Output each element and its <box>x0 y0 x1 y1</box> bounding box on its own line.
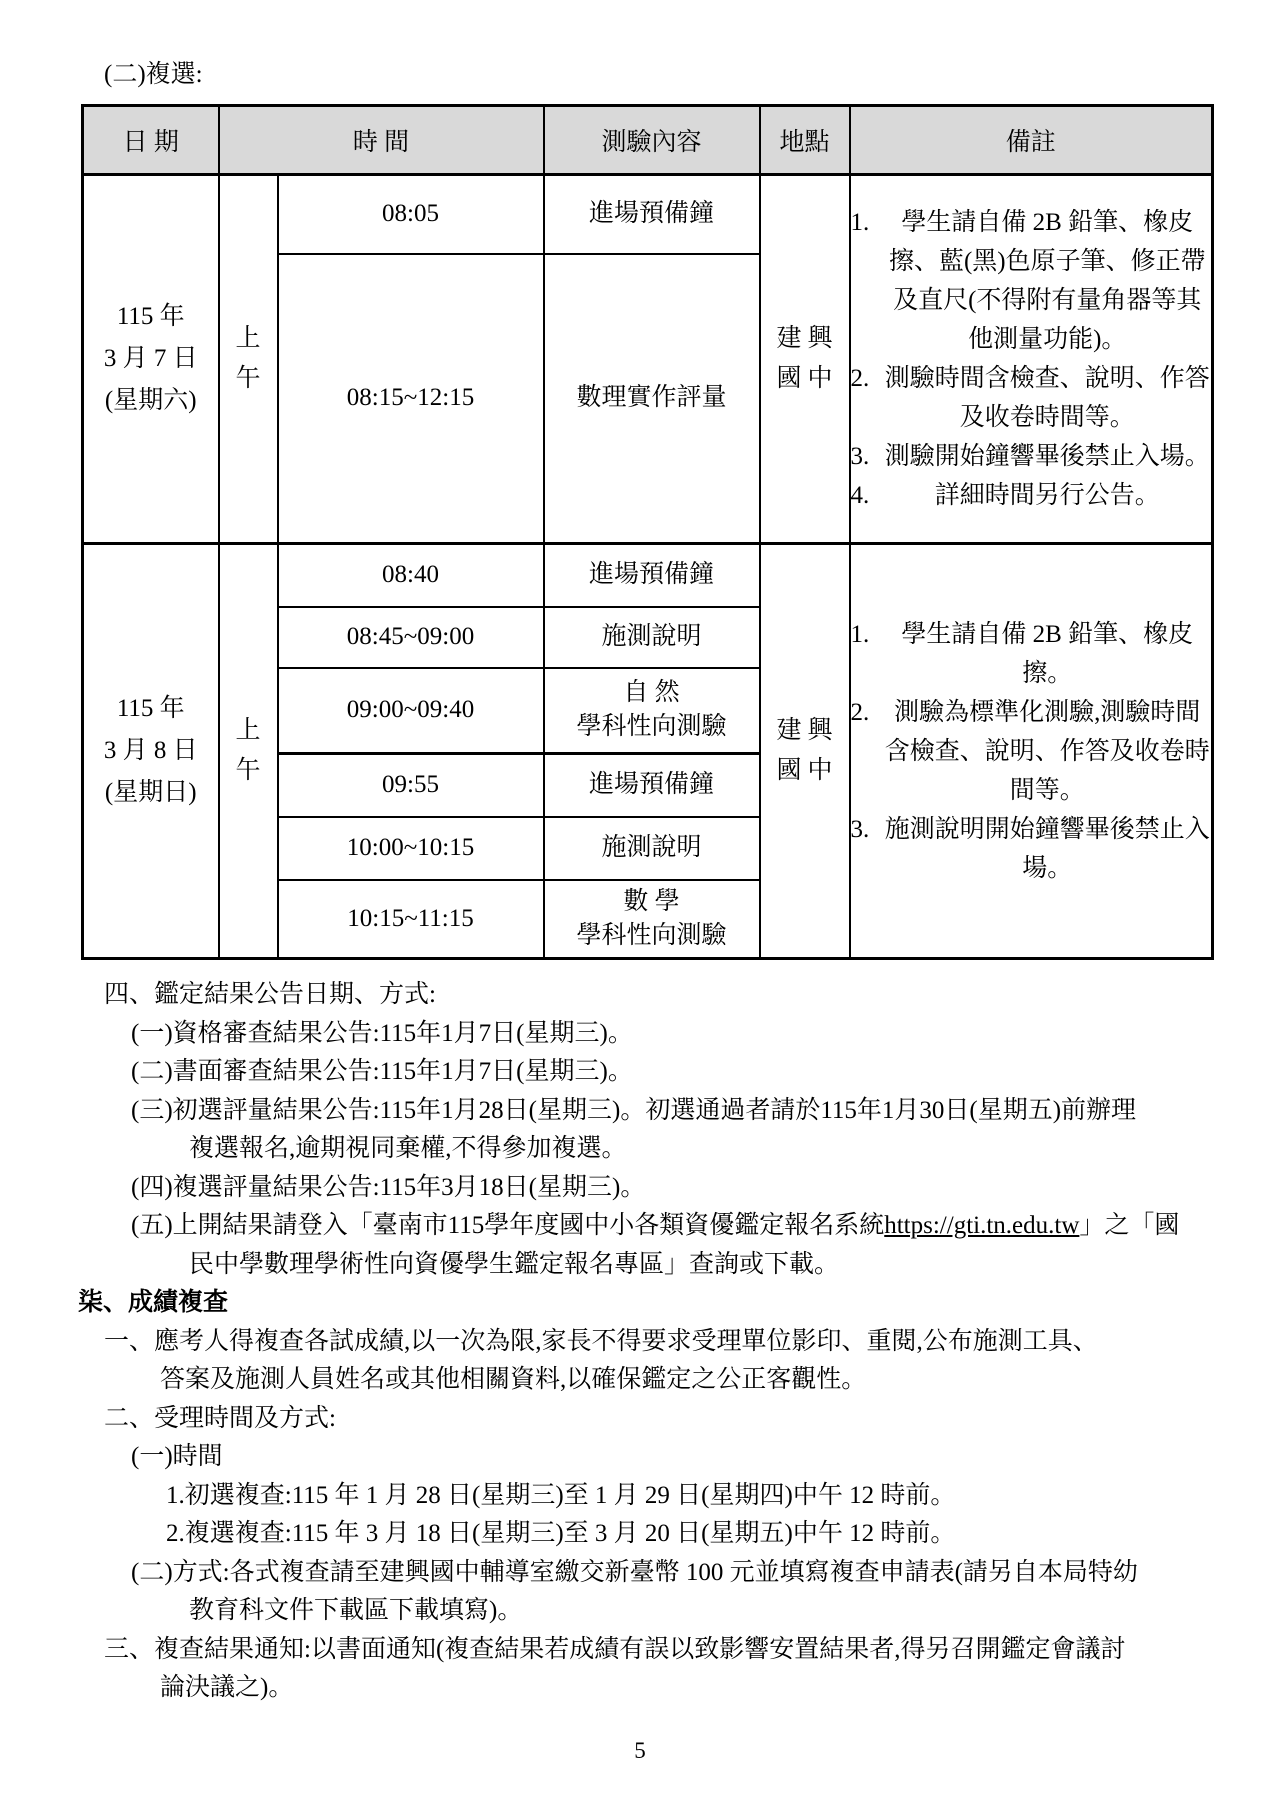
time-cell: 08:05 <box>278 175 544 254</box>
page-container: (二)複選: 日 期 時 間 測驗內容 地點 備註 115 年 3 月 7 日 … <box>0 0 1280 1764</box>
date-line: (星期日) <box>84 772 218 814</box>
period-char: 上 <box>220 711 277 751</box>
remark-text: 施測說明開始鐘響畢後禁止入場。 <box>885 816 1210 882</box>
remark-item: 3.測驗開始鐘響畢後禁止入場。 <box>851 437 1212 476</box>
url-link[interactable]: https://gti.tn.edu.tw <box>884 1212 1079 1239</box>
remark-number: 3. <box>851 437 870 476</box>
body-section-heading: 柒、成績複查 <box>0 1284 1280 1323</box>
remark-item: 2.測驗時間含檢查、說明、作答及收卷時間等。 <box>851 359 1212 437</box>
body-line: (一)時間 <box>0 1438 1280 1477</box>
remark-item: 1.學生請自備 2B 鉛筆、橡皮擦。 <box>851 615 1212 693</box>
remark-text: 測驗為標準化測驗,測驗時間含檢查、說明、作答及收卷時間等。 <box>885 699 1210 804</box>
date-line: 3 月 7 日 <box>84 338 218 380</box>
remarks-cell: 1.學生請自備 2B 鉛筆、橡皮擦、藍(黑)色原子筆、修正帶及直尺(不得附有量角… <box>850 175 1213 544</box>
body-line-text: (五)上開結果請登入「臺南市115學年度國中小各類資優鑑定報名系統 <box>131 1212 884 1239</box>
remark-text: 詳細時間另行公告。 <box>935 482 1160 509</box>
content-line: 學科性向測驗 <box>545 919 759 953</box>
table-header-row: 日 期 時 間 測驗內容 地點 備註 <box>83 106 1213 175</box>
body-line: 民中學數理學術性向資優學生鑑定報名專區」查詢或下載。 <box>0 1246 1280 1285</box>
date-line: (星期六) <box>84 380 218 422</box>
remark-text: 測驗時間含檢查、說明、作答及收卷時間等。 <box>885 365 1210 431</box>
period-cell: 上 午 <box>219 175 278 544</box>
content-cell: 自 然 學科性向測驗 <box>544 668 760 754</box>
content-line: 數理實作評量 <box>545 381 759 415</box>
remark-item: 3.施測說明開始鐘響畢後禁止入場。 <box>851 810 1212 888</box>
time-cell: 08:40 <box>278 544 544 607</box>
remark-text: 學生請自備 2B 鉛筆、橡皮擦、藍(黑)色原子筆、修正帶及直尺(不得附有量角器等… <box>889 209 1206 353</box>
header-time: 時 間 <box>219 106 544 175</box>
content-line: 數 學 <box>545 885 759 919</box>
location-line: 建興 <box>761 319 855 359</box>
content-line: 施測說明 <box>545 620 759 654</box>
remark-text: 學生請自備 2B 鉛筆、橡皮擦。 <box>901 621 1193 687</box>
time-cell: 08:15~12:15 <box>278 254 544 544</box>
date-line: 115 年 <box>84 688 218 730</box>
content-cell: 施測說明 <box>544 607 760 668</box>
content-line: 進場預備鐘 <box>545 197 759 231</box>
body-line: (二)書面審查結果公告:115年1月7日(星期三)。 <box>0 1053 1280 1092</box>
document-page: { "page": { "section_label": "(二)複選:", "… <box>0 0 1280 1810</box>
body-line: 一、應考人得複查各試成績,以一次為限,家長不得要求受理單位影印、重閱,公布施測工… <box>0 1323 1280 1362</box>
content-line: 進場預備鐘 <box>545 558 759 592</box>
content-line: 自 然 <box>545 676 759 710</box>
location-line: 國中 <box>761 359 855 399</box>
location-line: 建興 <box>761 711 855 751</box>
date-line: 3 月 8 日 <box>84 730 218 772</box>
remark-number: 1. <box>851 203 870 242</box>
header-remarks: 備註 <box>850 106 1213 175</box>
body-line-text: 」之「國 <box>1079 1212 1179 1239</box>
time-cell: 10:15~11:15 <box>278 880 544 959</box>
period-char: 午 <box>220 359 277 399</box>
body-line: 教育科文件下載區下載填寫)。 <box>0 1592 1280 1631</box>
page-number: 5 <box>0 1738 1280 1764</box>
content-line: 進場預備鐘 <box>545 768 759 802</box>
body-line: (三)初選評量結果公告:115年1月28日(星期三)。初選通過者請於115年1月… <box>0 1092 1280 1131</box>
date-line: 115 年 <box>84 296 218 338</box>
body-line: (五)上開結果請登入「臺南市115學年度國中小各類資優鑑定報名系統https:/… <box>0 1207 1280 1246</box>
body-line: 三、複查結果通知:以書面通知(複查結果若成績有誤以致影響安置結果者,得另召開鑑定… <box>0 1631 1280 1670</box>
body-line: (二)方式:各式複查請至建興國中輔導室繳交新臺幣 100 元並填寫複查申請表(請… <box>0 1554 1280 1593</box>
content-cell: 數 學 學科性向測驗 <box>544 880 760 959</box>
location-cell: 建興 國中 <box>760 544 850 959</box>
time-cell: 08:45~09:00 <box>278 607 544 668</box>
period-cell: 上 午 <box>219 544 278 959</box>
body-line: 答案及施測人員姓名或其他相關資料,以確保鑑定之公正客觀性。 <box>0 1361 1280 1400</box>
remark-item: 2.測驗為標準化測驗,測驗時間含檢查、說明、作答及收卷時間等。 <box>851 693 1212 810</box>
remark-number: 1. <box>851 615 870 654</box>
time-cell: 10:00~10:15 <box>278 817 544 880</box>
content-line: 學科性向測驗 <box>545 710 759 744</box>
header-location: 地點 <box>760 106 850 175</box>
remark-number: 2. <box>851 359 870 398</box>
content-line: 施測說明 <box>545 831 759 865</box>
remark-number: 2. <box>851 693 870 732</box>
body-line: (四)複選評量結果公告:115年3月18日(星期三)。 <box>0 1169 1280 1208</box>
section-label: (二)複選: <box>104 60 1280 90</box>
header-date: 日 期 <box>83 106 219 175</box>
time-cell: 09:00~09:40 <box>278 668 544 754</box>
exam-schedule-table: 日 期 時 間 測驗內容 地點 備註 115 年 3 月 7 日 (星期六) 上… <box>81 104 1214 960</box>
remarks-cell: 1.學生請自備 2B 鉛筆、橡皮擦。 2.測驗為標準化測驗,測驗時間含檢查、說明… <box>850 544 1213 959</box>
remark-text: 測驗開始鐘響畢後禁止入場。 <box>885 443 1210 470</box>
remark-number: 3. <box>851 810 870 849</box>
body-line: 1.初選複查:115 年 1 月 28 日(星期三)至 1 月 29 日(星期四… <box>0 1477 1280 1516</box>
content-cell: 進場預備鐘 <box>544 754 760 817</box>
body-line: 論決議之)。 <box>0 1669 1280 1708</box>
content-cell: 進場預備鐘 <box>544 175 760 254</box>
header-content: 測驗內容 <box>544 106 760 175</box>
location-cell: 建興 國中 <box>760 175 850 544</box>
location-line: 國中 <box>761 751 855 791</box>
date-cell: 115 年 3 月 8 日 (星期日) <box>83 544 219 959</box>
period-char: 午 <box>220 751 277 791</box>
content-cell: 數理實作評量 <box>544 254 760 544</box>
time-cell: 09:55 <box>278 754 544 817</box>
remark-number: 4. <box>851 476 870 515</box>
table-row: 115 年 3 月 7 日 (星期六) 上 午 08:05 進場預備鐘 建興 國… <box>83 175 1213 254</box>
body-line: 2.複選複查:115 年 3 月 18 日(星期三)至 3 月 20 日(星期五… <box>0 1515 1280 1554</box>
body-line: (一)資格審查結果公告:115年1月7日(星期三)。 <box>0 1015 1280 1054</box>
remark-item: 4.詳細時間另行公告。 <box>851 476 1212 515</box>
period-char: 上 <box>220 319 277 359</box>
body-line: 四、鑑定結果公告日期、方式: <box>0 976 1280 1015</box>
date-cell: 115 年 3 月 7 日 (星期六) <box>83 175 219 544</box>
body-text: 四、鑑定結果公告日期、方式: (一)資格審查結果公告:115年1月7日(星期三)… <box>0 976 1280 1708</box>
content-cell: 進場預備鐘 <box>544 544 760 607</box>
remark-item: 1.學生請自備 2B 鉛筆、橡皮擦、藍(黑)色原子筆、修正帶及直尺(不得附有量角… <box>851 203 1212 359</box>
body-line: 複選報名,逾期視同棄權,不得參加複選。 <box>0 1130 1280 1169</box>
table-row: 115 年 3 月 8 日 (星期日) 上 午 08:40 進場預備鐘 建興 國… <box>83 544 1213 607</box>
content-cell: 施測說明 <box>544 817 760 880</box>
body-line: 二、受理時間及方式: <box>0 1400 1280 1439</box>
